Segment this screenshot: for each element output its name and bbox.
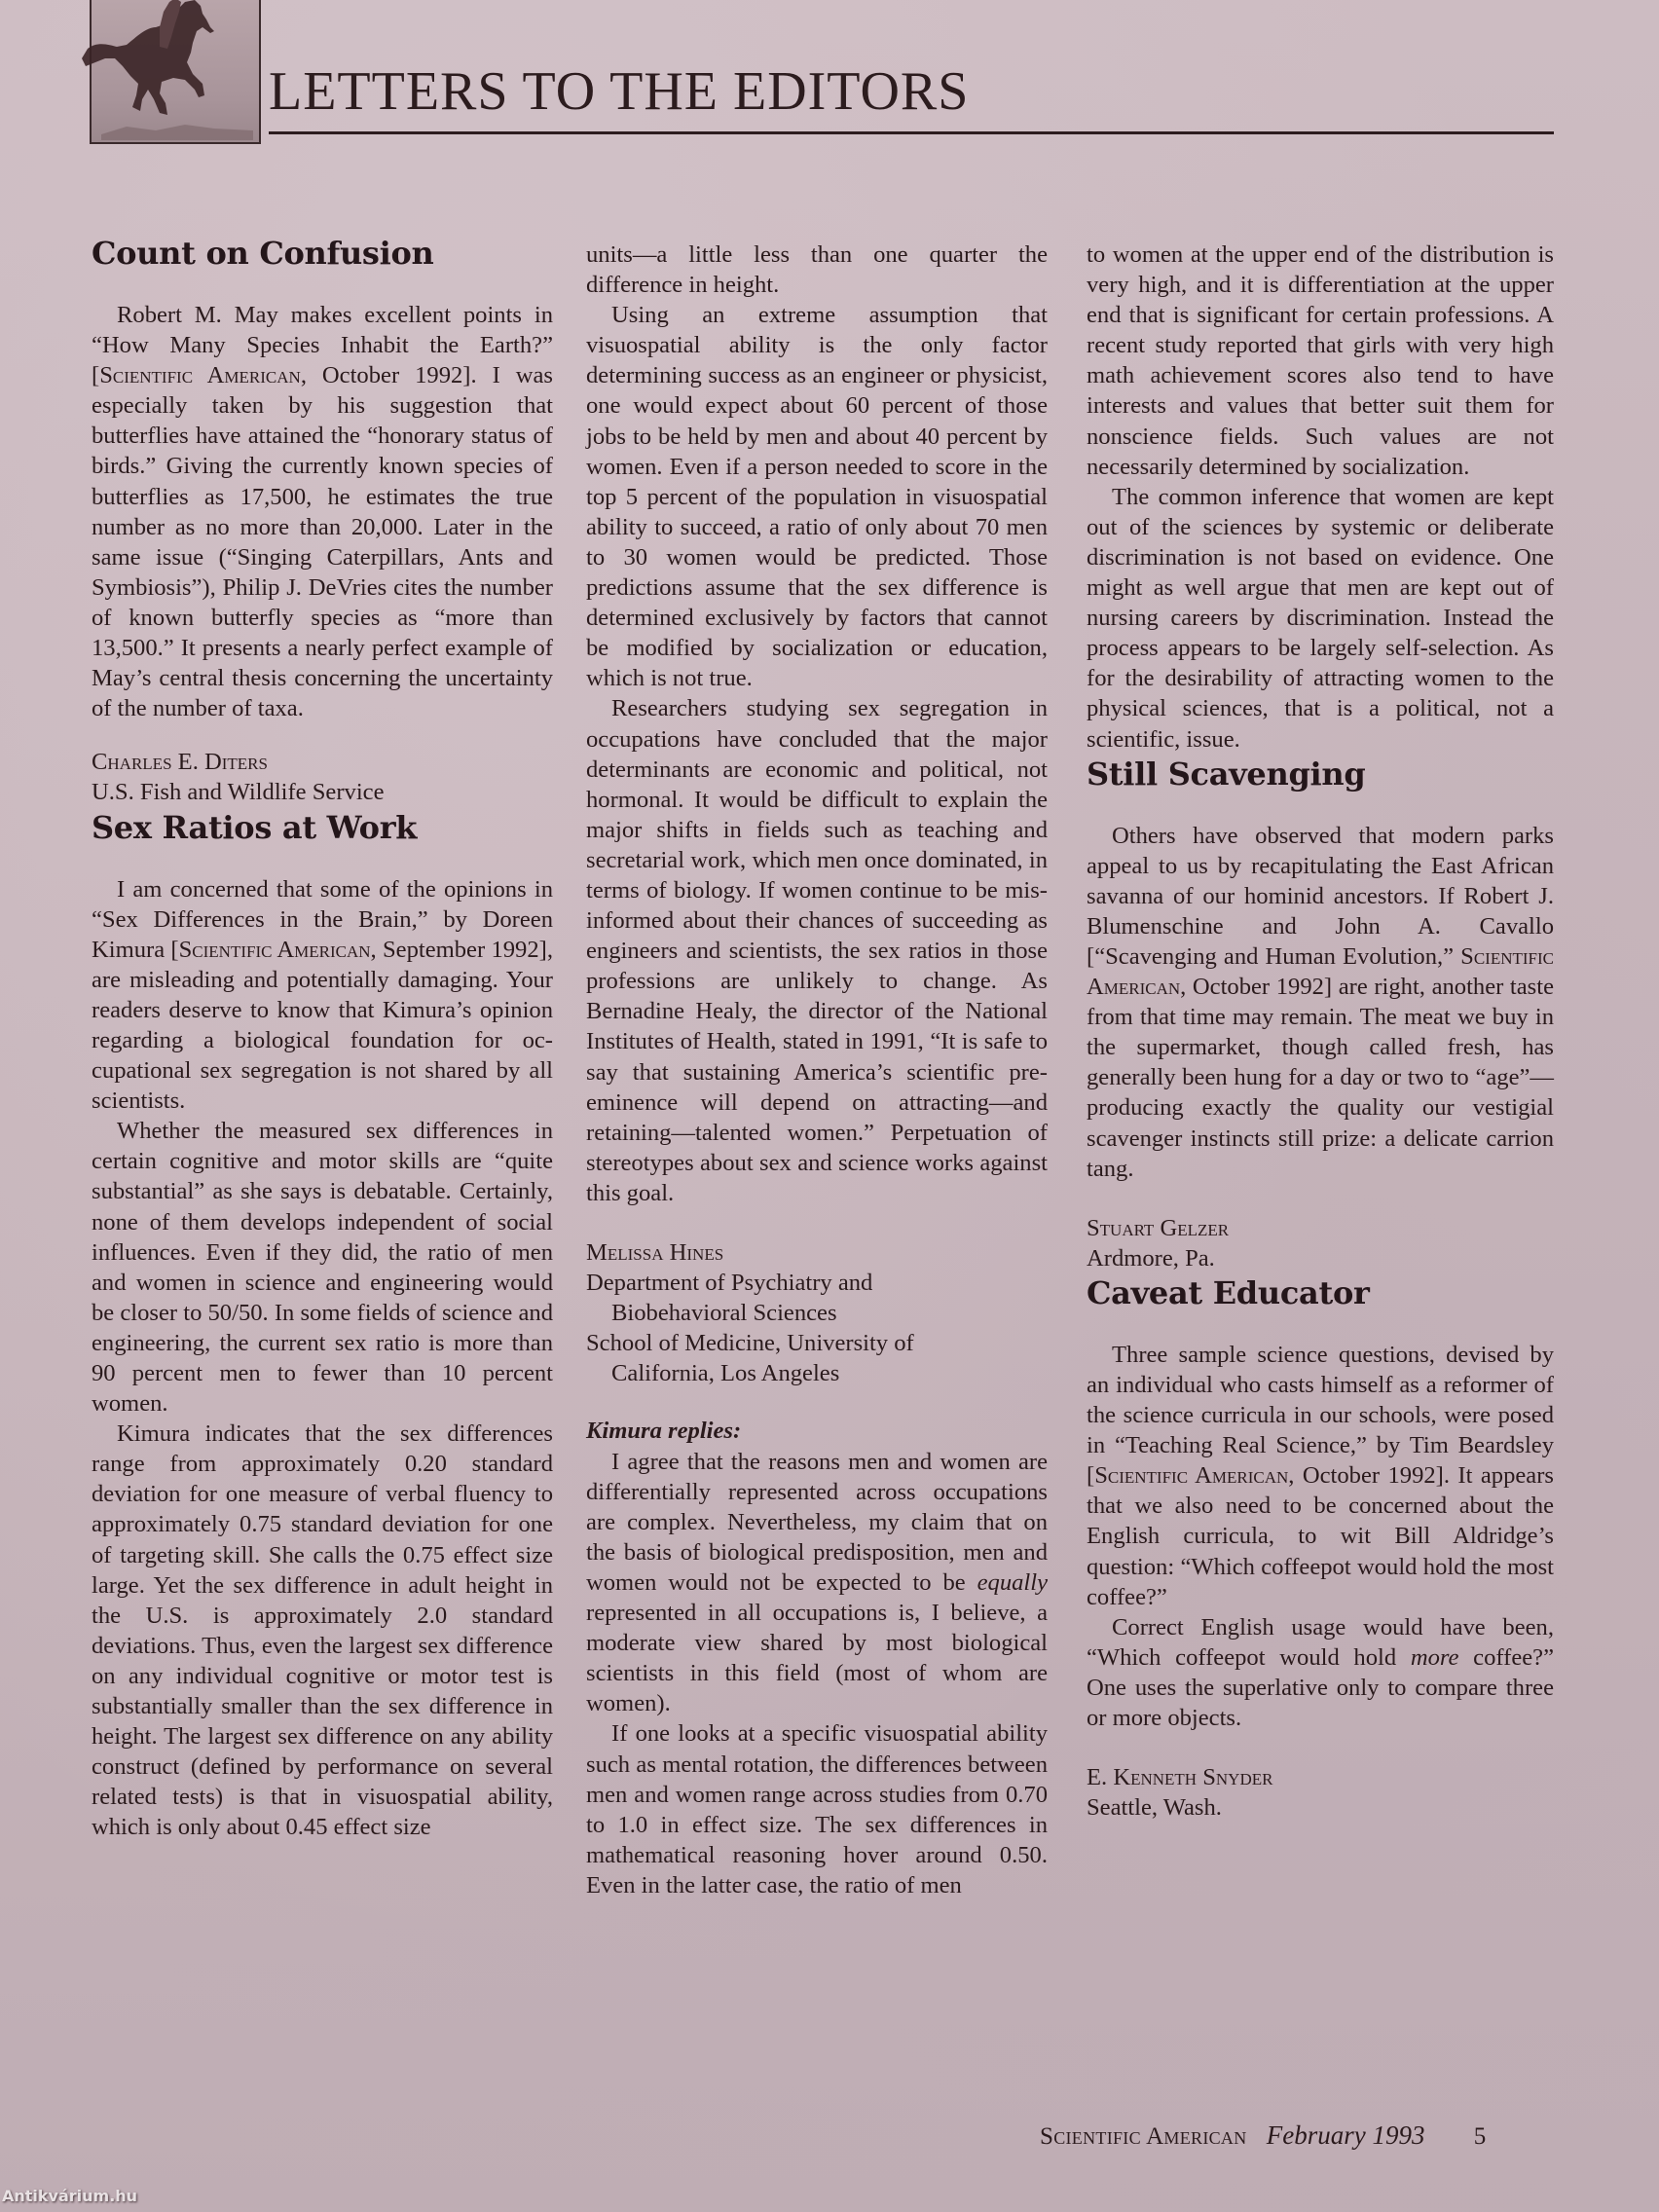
title-rule — [269, 131, 1554, 134]
reply-paragraph-continued: to women at the upper end of the dis­tri… — [1087, 240, 1554, 482]
author-affiliation: Department of Psychiatry and — [586, 1268, 1048, 1298]
letter-paragraph: Kimura indicates that the sex differ­enc… — [92, 1419, 553, 1842]
letter-heading-sex-ratios-at-work: Sex Ratios at Work — [92, 808, 553, 847]
author-affiliation: California, Los Angeles — [586, 1358, 1048, 1388]
author-name: Stuart Gelzer — [1087, 1213, 1554, 1243]
column-3: to women at the upper end of the dis­tri… — [1087, 240, 1554, 1823]
author-name: Charles E. Diters — [92, 747, 553, 777]
watermark: Antikvárium.hu — [2, 2187, 137, 2205]
page-number: 5 — [1474, 2123, 1487, 2150]
letter-paragraph: Others have observed that modern parks a… — [1087, 821, 1554, 1184]
letter-signature: Charles E. Diters U.S. Fish and Wildlife… — [92, 747, 553, 807]
reply-label: Kimura replies: — [586, 1416, 1048, 1446]
section-title: LETTERS TO THE EDITORS — [269, 64, 969, 119]
reply-paragraph: The common inference that women are kept… — [1087, 482, 1554, 755]
letter-signature: E. Kenneth Snyder Seattle, Wash. — [1087, 1762, 1554, 1823]
publication-name: Scientific American — [1040, 2123, 1247, 2150]
letter-signature: Stuart Gelzer Ardmore, Pa. — [1087, 1213, 1554, 1273]
letter-paragraph: Researchers studying sex segregation in … — [586, 693, 1048, 1208]
letter-paragraph: I am concerned that some of the opin­ion… — [92, 874, 553, 1117]
letter-paragraph-continued: units—a little less than one quarter the… — [586, 240, 1048, 300]
reply-paragraph: I agree that the reasons men and wo­men … — [586, 1447, 1048, 1719]
column-1: Count on Confusion Robert M. May makes e… — [92, 234, 553, 1843]
author-affiliation: School of Medicine, University of — [586, 1328, 1048, 1358]
column-2: units—a little less than one quarter the… — [586, 240, 1048, 1900]
letter-signature: Melissa Hines Department of Psychiatry a… — [586, 1237, 1048, 1388]
letter-paragraph: Using an extreme assumption that visuosp… — [586, 300, 1048, 693]
reply-paragraph: If one looks at a specific visuospatial … — [586, 1718, 1048, 1900]
letter-heading-still-scavenging: Still Scavenging — [1087, 755, 1554, 793]
issue-date: February 1993 — [1267, 2120, 1425, 2150]
author-affiliation: U.S. Fish and Wildlife Service — [92, 777, 553, 807]
author-name: Melissa Hines — [586, 1237, 1048, 1268]
letter-paragraph: Robert M. May makes excellent points in … — [92, 300, 553, 723]
horse-rider-icon — [58, 0, 292, 144]
masthead-illustration — [90, 0, 261, 144]
page-footer: Scientific American February 1993 5 — [1040, 2120, 1486, 2151]
author-name: E. Kenneth Snyder — [1087, 1762, 1554, 1792]
author-affiliation: Ardmore, Pa. — [1087, 1243, 1554, 1273]
author-affiliation: Biobehavioral Sciences — [586, 1298, 1048, 1328]
letter-heading-caveat-educator: Caveat Educator — [1087, 1273, 1554, 1312]
letter-paragraph: Whether the measured sex differences in … — [92, 1116, 553, 1419]
letter-paragraph: Correct English usage would have been, “… — [1087, 1612, 1554, 1733]
letter-paragraph: Three sample science questions, de­vised… — [1087, 1340, 1554, 1612]
author-affiliation: Seattle, Wash. — [1087, 1792, 1554, 1823]
letter-heading-count-on-confusion: Count on Confusion — [92, 234, 553, 273]
